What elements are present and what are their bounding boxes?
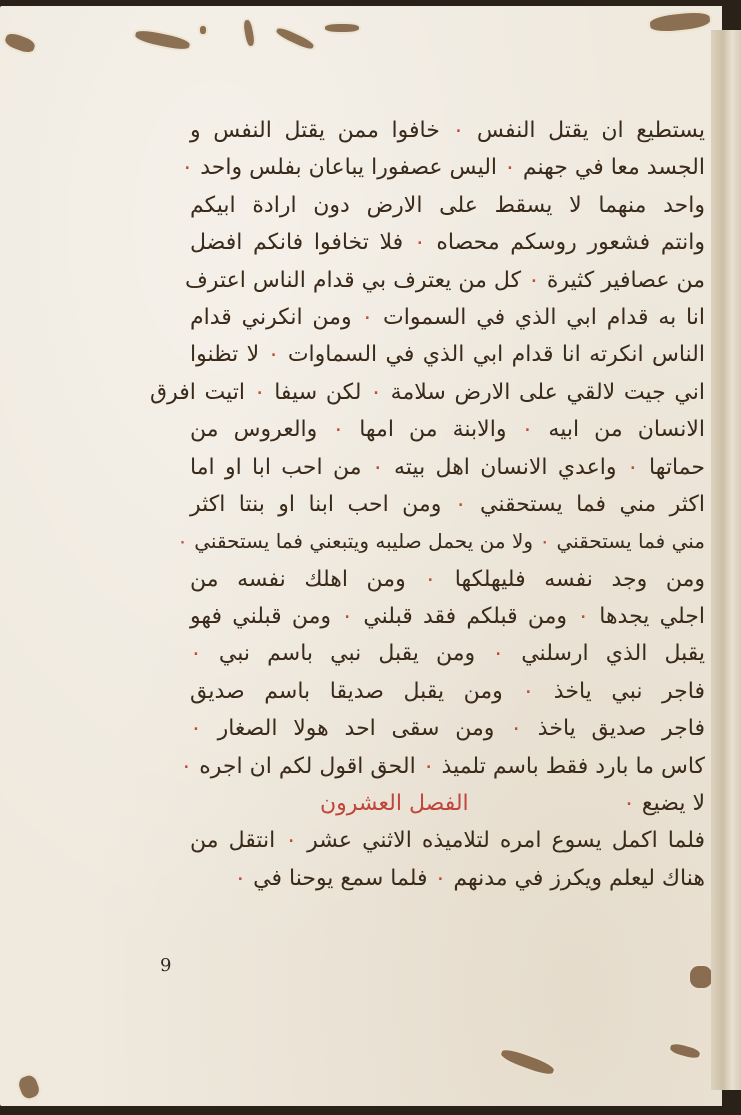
text-line: وانتم فشعور روسكم محصاه ۰ فلا تخافوا فان… [150,224,720,261]
line-end-text: لا يضيع ۰ [623,785,705,822]
verse-separator-dot: ۰ [577,604,589,629]
wormhole-damage [134,28,190,51]
text-line: هناك ليعلم ويكرز في مدنهم ۰ فلما سمع يوح… [150,860,720,897]
text-line: الناس انكرته انا قدام ابي الذي في السماو… [150,336,720,373]
text-line: يستطيع ان يقتل النفس ۰ خافوا ممن يقتل ال… [150,112,720,149]
verse-separator-dot: ۰ [268,342,280,367]
verse-separator-dot: ۰ [370,380,382,405]
wormhole-damage [690,966,712,988]
verse-separator-dot: ۰ [452,118,464,143]
text-line: واحد منهما لا يسقط على الارض دون ارادة ا… [150,187,720,224]
verse-separator-dot: ۰ [332,417,344,442]
verse-separator-dot: ۰ [623,791,635,816]
chapter-title-rubric: الفصل العشرون [190,785,469,822]
verse-separator-dot: ۰ [372,455,384,480]
verse-separator-dot: ۰ [180,754,192,779]
verse-separator-dot: ۰ [177,529,188,553]
text-line: اجلي يجدها ۰ ومن قبلكم فقد قبلني ۰ ومن ق… [150,598,720,635]
text-line: فاجر صديق ياخذ ۰ ومن سقى احد هولا الصغار… [150,710,720,747]
text-line: فاجر نبي ياخذ ۰ ومن يقبل صديقا باسم صديق [150,673,720,710]
verse-separator-dot: ۰ [424,567,436,592]
text-line: الانسان من ابيه ۰ والابنة من امها ۰ والع… [150,411,720,448]
wormhole-damage [500,1047,556,1077]
text-line: من عصافير كثيرة ۰ كل من يعترف بي قدام ال… [150,262,720,299]
verse-separator-dot: ۰ [285,828,297,853]
verse-separator-dot: ۰ [414,230,426,255]
wormhole-damage [669,1042,701,1059]
manuscript-scan: يستطيع ان يقتل النفس ۰ خافوا ممن يقتل ال… [0,0,741,1115]
wormhole-damage [243,20,255,47]
verse-separator-dot: ۰ [254,380,266,405]
text-line: اكثر مني فما يستحقني ۰ ومن احب ابنا او ب… [150,486,720,523]
folio-number: 9 [160,955,171,976]
wormhole-damage [200,26,206,34]
verse-separator-dot: ۰ [504,155,516,180]
chapter-heading-line: لا يضيع ۰ الفصل العشرون [150,785,720,822]
wormhole-damage [4,31,37,54]
manuscript-text: يستطيع ان يقتل النفس ۰ خافوا ممن يقتل ال… [150,112,720,897]
wormhole-damage [17,1074,41,1101]
verse-separator-dot: ۰ [181,155,193,180]
verse-separator-dot: ۰ [492,641,504,666]
verse-separator-dot: ۰ [627,455,639,480]
verse-separator-dot: ۰ [528,268,540,293]
verse-separator-dot: ۰ [522,679,534,704]
verse-separator-dot: ۰ [361,305,373,330]
text-line: حماتها ۰ واعدي الانسان اهل بيته ۰ من احب… [150,449,720,486]
verse-separator-dot: ۰ [510,716,522,741]
verse-separator-dot: ۰ [190,716,202,741]
verse-separator-dot: ۰ [190,641,202,666]
verse-separator-dot: ۰ [341,604,353,629]
text-line: اني جيت لالقي على الارض سلامة ۰ لكن سيفا… [150,374,720,411]
verse-separator-dot: ۰ [455,492,467,517]
wormhole-damage [325,24,359,32]
verse-separator-dot: ۰ [539,529,550,553]
text-line: مني فما يستحقني ۰ ولا من يحمل صليبه ويتب… [150,523,720,560]
text-line: انا به قدام ابي الذي في السموات ۰ ومن ان… [150,299,720,336]
text-line: كاس ما بارد فقط باسم تلميذ ۰ الحق اقول ل… [150,748,720,785]
verse-separator-dot: ۰ [234,866,246,891]
verse-separator-dot: ۰ [522,417,534,442]
text-line: ومن وجد نفسه فليهلكها ۰ ومن اهلك نفسه من [150,561,720,598]
text-line: فلما اكمل يسوع امره لتلاميذه الاثني عشر … [150,822,720,859]
wormhole-damage [275,26,315,51]
text-line: يقبل الذي ارسلني ۰ ومن يقبل نبي باسم نبي… [150,635,720,672]
wormhole-damage [649,11,710,33]
verse-separator-dot: ۰ [435,866,447,891]
text-line: الجسد معا في جهنم ۰ اليس عصفورا يباعان ب… [150,149,720,186]
verse-separator-dot: ۰ [423,754,435,779]
